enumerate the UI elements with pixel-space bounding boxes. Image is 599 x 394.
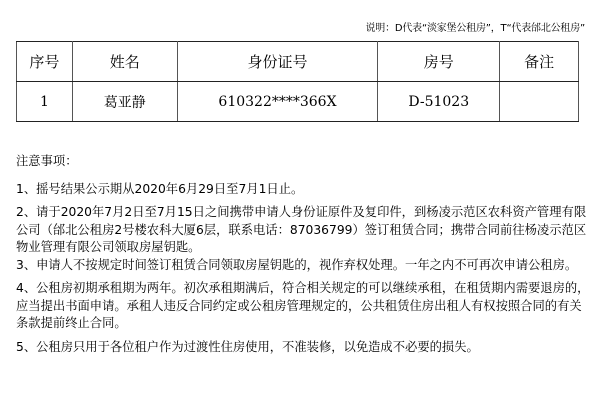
header-index: 序号 bbox=[17, 42, 73, 82]
cell-id-number: 610322****366X bbox=[177, 82, 378, 122]
notes-heading: 注意事项： bbox=[16, 153, 591, 171]
note-item-2: 2、请于2020年7月2日至7月15日之间携带申请人身份证原件及复印件，到杨凌示… bbox=[16, 204, 591, 257]
note-item-1: 1、摇号结果公示期从2020年6月29日至7月1日止。 bbox=[16, 181, 591, 199]
cell-room: D-51023 bbox=[378, 82, 500, 122]
table-row: 1 葛亚静 610322****366X D-51023 bbox=[17, 82, 579, 122]
lottery-result-table: 序号 姓名 身份证号 房号 备注 1 葛亚静 610322****366X D-… bbox=[16, 41, 579, 122]
cell-name: 葛亚静 bbox=[72, 82, 177, 122]
header-id-number: 身份证号 bbox=[177, 42, 378, 82]
table-header-row: 序号 姓名 身份证号 房号 备注 bbox=[17, 42, 579, 82]
header-name: 姓名 bbox=[72, 42, 177, 82]
cell-index: 1 bbox=[17, 82, 73, 122]
header-remark: 备注 bbox=[500, 42, 579, 82]
legend-note: 说明：D代表“淡家堡公租房”，T“代表邰北公租房” bbox=[365, 19, 585, 34]
cell-remark bbox=[500, 82, 579, 122]
note-item-4: 4、公租房初期承租期为两年。初次承租期满后，符合相关规定的可以继续承租，在租赁期… bbox=[16, 280, 591, 333]
note-item-5: 5、公租房只用于各位租户作为过渡性住房使用，不准装修，以免造成不必要的损失。 bbox=[16, 339, 591, 357]
header-room: 房号 bbox=[378, 42, 500, 82]
notes-section: 注意事项： 1、摇号结果公示期从2020年6月29日至7月1日止。 2、请于20… bbox=[16, 153, 591, 362]
note-item-3: 3、申请人不按规定时间签订租赁合同领取房屋钥匙的，视作弃权处理。一年之内不可再次… bbox=[16, 257, 591, 275]
